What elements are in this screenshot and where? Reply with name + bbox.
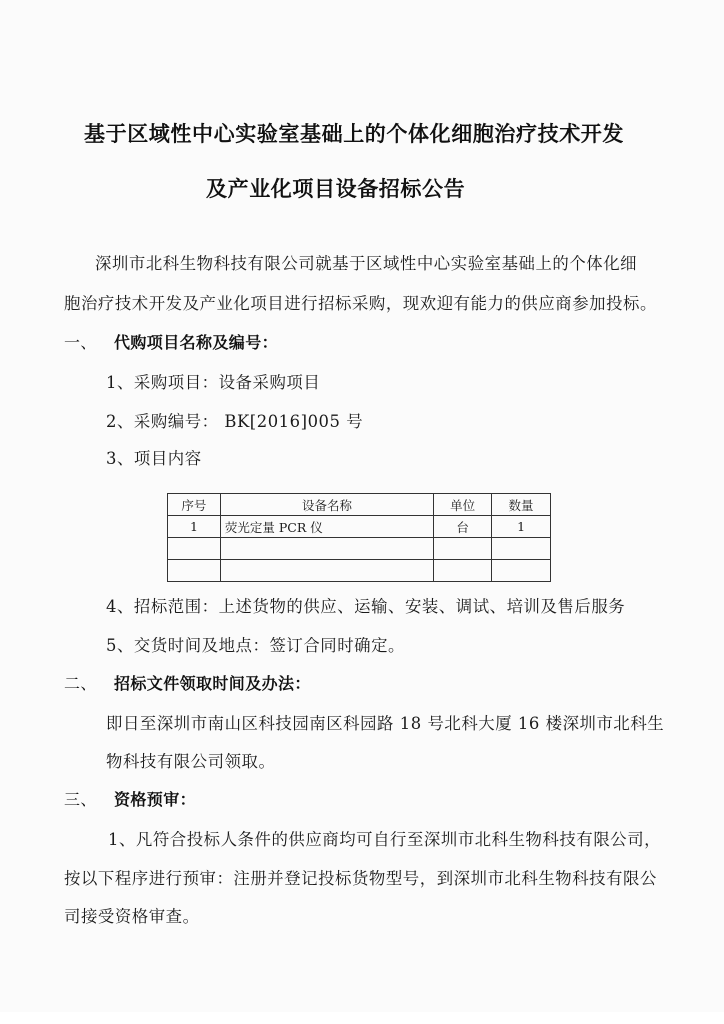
- cell-unit: 台: [434, 516, 492, 538]
- item-3: 3、项目内容: [106, 445, 202, 469]
- table-row: 1 荧光定量 PCR 仪 台 1: [168, 516, 551, 538]
- cell-quantity: [492, 560, 551, 582]
- section-3-number: 三、: [64, 787, 114, 810]
- intro-line-1: 深圳市北科生物科技有限公司就基于区域性中心实验室基础上的个体化细: [95, 250, 637, 274]
- section-3-text-line-1: 1、凡符合投标人条件的供应商均可自行至深圳市北科生物科技有限公司，: [108, 826, 661, 850]
- cell-index: [168, 560, 221, 582]
- table-row: [168, 538, 551, 560]
- section-3-text-line-2: 按以下程序进行预审：注册并登记投标货物型号，到深圳市北科生物科技有限公: [64, 865, 657, 889]
- cell-quantity: 1: [492, 516, 551, 538]
- section-3-heading: 三、资格预审：: [64, 787, 196, 810]
- section-1-heading: 一、代购项目名称及编号：: [64, 330, 278, 353]
- section-1-number: 一、: [64, 330, 114, 353]
- cell-equipment-name: [220, 538, 433, 560]
- section-2-text-line-2: 物科技有限公司领取。: [106, 748, 275, 772]
- section-3-title: 资格预审：: [114, 790, 196, 809]
- item-5: 5、交货时间及地点：签订合同时确定。: [106, 632, 405, 656]
- section-2-number: 二、: [64, 671, 114, 694]
- title-line-1: 基于区域性中心实验室基础上的个体化细胞治疗技术开发: [84, 118, 624, 148]
- cell-unit: [434, 560, 492, 582]
- cell-equipment-name: [220, 560, 433, 582]
- item-1: 1、采购项目：设备采购项目: [106, 369, 320, 393]
- cell-equipment-name: 荧光定量 PCR 仪: [220, 516, 433, 538]
- header-quantity: 数量: [492, 494, 551, 516]
- section-3-text-line-3: 司接受资格审查。: [64, 903, 200, 927]
- cell-index: [168, 538, 221, 560]
- item-4: 4、招标范围：上述货物的供应、运输、安装、调试、培训及售后服务: [106, 593, 625, 617]
- title-line-2: 及产业化项目设备招标公告: [206, 173, 465, 203]
- section-1-title: 代购项目名称及编号：: [114, 333, 278, 352]
- page-bottom-edge: [0, 1012, 724, 1024]
- cell-quantity: [492, 538, 551, 560]
- section-2-text-line-1: 即日至深圳市南山区科技园南区科园路 18 号北科大厦 16 楼深圳市北科生: [106, 710, 664, 734]
- table-row: [168, 560, 551, 582]
- cell-unit: [434, 538, 492, 560]
- cell-index: 1: [168, 516, 221, 538]
- section-2-title: 招标文件领取时间及办法：: [114, 674, 311, 693]
- header-equipment-name: 设备名称: [220, 494, 433, 516]
- table-header-row: 序号 设备名称 单位 数量: [168, 494, 551, 516]
- intro-line-2: 胞治疗技术开发及产业化项目进行招标采购，现欢迎有能力的供应商参加投标。: [64, 290, 657, 314]
- header-unit: 单位: [434, 494, 492, 516]
- header-index: 序号: [168, 494, 221, 516]
- section-2-heading: 二、招标文件领取时间及办法：: [64, 671, 311, 694]
- item-2: 2、采购编号： BK[2016]005 号: [106, 408, 363, 432]
- equipment-table: 序号 设备名称 单位 数量 1 荧光定量 PCR 仪 台 1: [167, 493, 551, 582]
